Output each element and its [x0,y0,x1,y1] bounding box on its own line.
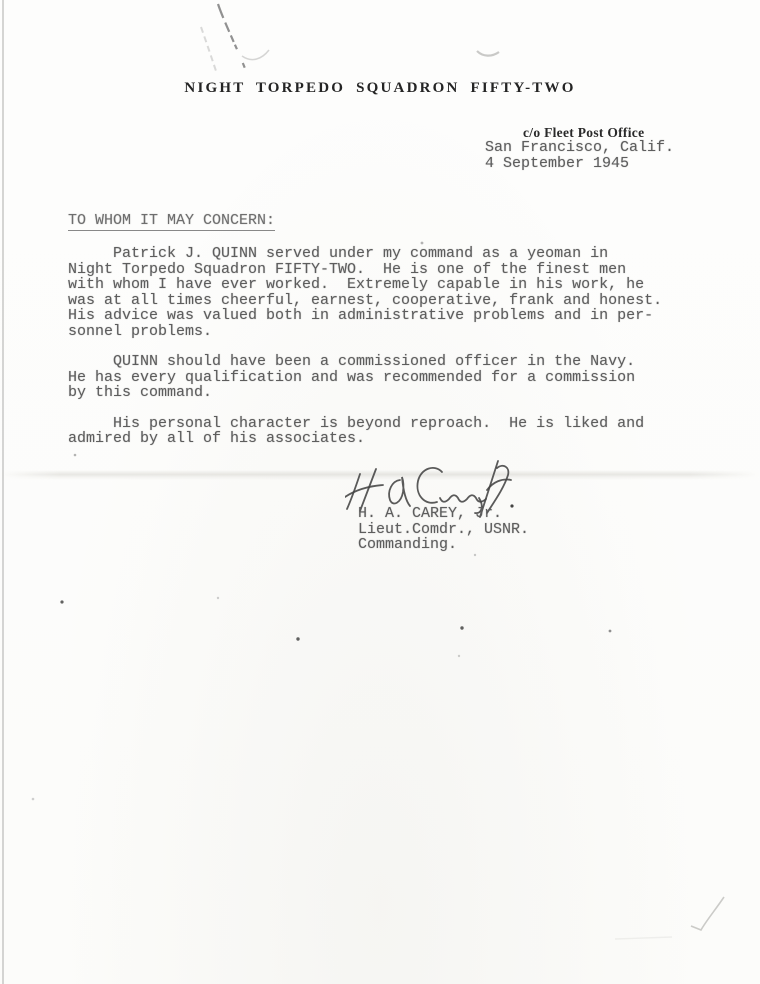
scan-speck [32,798,35,801]
scan-speck [474,554,476,556]
scan-speck [296,637,299,640]
corner-crease [691,897,724,930]
smudge-mark [477,51,499,56]
scanned-letter-page: NIGHT TORPEDO SQUADRON FIFTY-TWO c/o Fle… [0,0,760,984]
scan-speck [421,242,424,245]
signer-rank: Lieut.Comdr., USNR. [358,522,529,538]
body-line: with whom I have ever worked. Extremely … [68,277,662,293]
signer-role: Commanding. [358,537,529,553]
scan-speck [458,655,460,657]
scan-speck [60,600,63,603]
signed-name: H. A. CAREY, Jr. [358,506,529,522]
scan-speck [460,626,463,629]
body-line: by this command. [68,385,662,401]
body-line: QUINN should have been a commissioned of… [68,354,662,370]
paragraph: QUINN should have been a commissioned of… [68,354,662,401]
body-line: His advice was valued both in administra… [68,308,662,324]
scan-speck [609,630,612,633]
date-line: 4 September 1945 [485,156,629,172]
body-line: He has every qualification and was recom… [68,370,662,386]
city-line: San Francisco, Calif. [485,140,674,156]
scan-edge [2,0,4,984]
paragraph: His personal character is beyond reproac… [68,416,662,447]
pencil-mark [201,27,217,74]
scan-speck [217,597,219,599]
body-line: Night Torpedo Squadron FIFTY-TWO. He is … [68,262,662,278]
body-line: was at all times cheerful, earnest, coop… [68,293,662,309]
body-line: admired by all of his associates. [68,431,662,447]
pencil-mark [218,4,246,71]
signature-block: H. A. CAREY, Jr. Lieut.Comdr., USNR. Com… [358,506,529,553]
letterhead-title: NIGHT TORPEDO SQUADRON FIFTY-TWO [0,80,760,96]
body-line: Patrick J. QUINN served under my command… [68,246,662,262]
letter-body: Patrick J. QUINN served under my command… [68,246,662,462]
corner-crease [615,937,672,939]
paragraph: Patrick J. QUINN served under my command… [68,246,662,339]
body-line: sonnel problems. [68,324,662,340]
pencil-mark [242,50,269,60]
body-line: His personal character is beyond reproac… [68,416,662,432]
salutation: TO WHOM IT MAY CONCERN: [68,213,275,231]
